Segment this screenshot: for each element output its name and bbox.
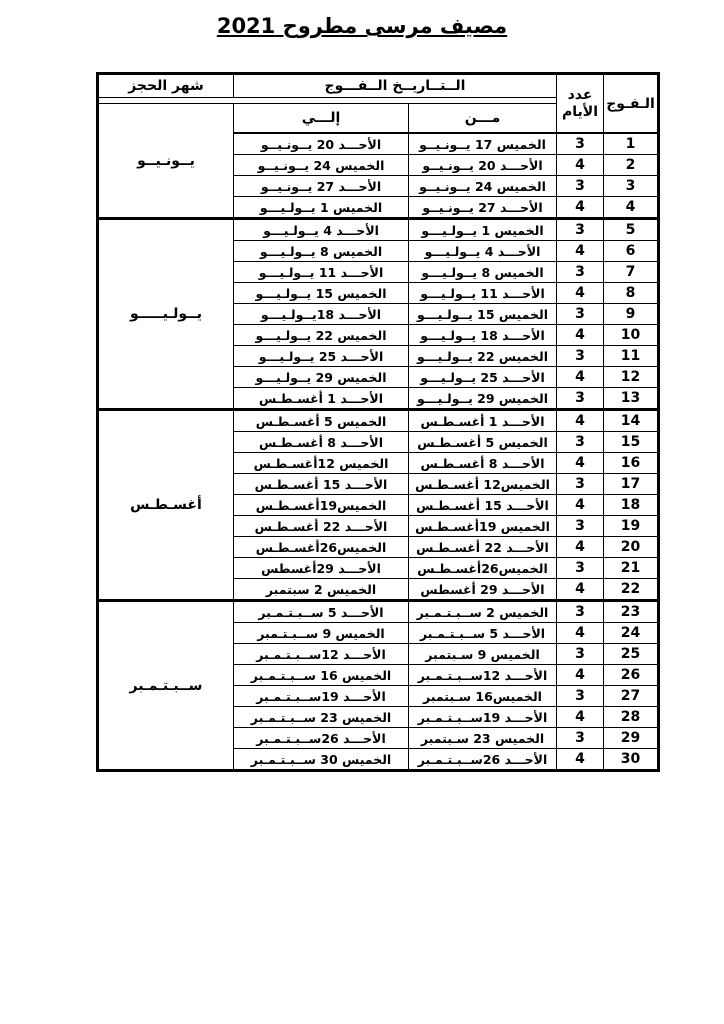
days-count-cell: 4 (557, 495, 604, 516)
date-from-cell: الخميس 19أغسـطـس (409, 516, 557, 537)
date-from-cell: الأحـــد 27 يــونـيــو (409, 197, 557, 219)
days-count-cell: 3 (557, 219, 604, 241)
date-to-cell: الأحـــد 5 ســبـتـمـبر (233, 601, 408, 623)
days-count-cell: 4 (557, 410, 604, 432)
days-count-cell: 3 (557, 304, 604, 325)
date-from-cell: الأحـــد 12ســبـتـمـبر (409, 665, 557, 686)
group-number-cell: 23 (604, 601, 659, 623)
header-date-span: الــتــاريــخ الــفـــوج (233, 74, 556, 98)
group-number-cell: 12 (604, 367, 659, 388)
group-number-cell: 4 (604, 197, 659, 219)
date-to-cell: الأحـــد 19ســبـتـمـبر (233, 686, 408, 707)
date-from-cell: الأحـــد 15 أغسـطـس (409, 495, 557, 516)
header-group: الـفـوج (604, 74, 659, 134)
table-row: 53الخميس 1 يــولـيـــوالأحـــد 4 يــولـي… (97, 219, 658, 241)
header-booking-month: شهر الحجز (97, 74, 233, 98)
date-to-cell: الأحـــد 18يــولـيـــو (233, 304, 408, 325)
date-from-cell: الأحـــد 4 يــولـيـــو (409, 241, 557, 262)
days-count-cell: 4 (557, 665, 604, 686)
days-count-cell: 3 (557, 686, 604, 707)
header-from: مـــن (409, 104, 557, 134)
date-from-cell: الأحـــد 1 أغسـطـس (409, 410, 557, 432)
group-number-cell: 15 (604, 432, 659, 453)
date-from-cell: الخميس16 سـبتمبر (409, 686, 557, 707)
date-to-cell: الخميس 9 ســبـتـمبر (233, 623, 408, 644)
group-number-cell: 19 (604, 516, 659, 537)
date-from-cell: الخميس 22 يــولـيـــو (409, 346, 557, 367)
date-to-cell: الخميس 12أغسـطـس (233, 453, 408, 474)
date-to-cell: الخميس19أغسـطـس (233, 495, 408, 516)
date-from-cell: الأحـــد 29 أغسطس (409, 579, 557, 601)
days-count-cell: 3 (557, 601, 604, 623)
group-number-cell: 20 (604, 537, 659, 558)
date-from-cell: الأحـــد 26ســبـتـمـبر (409, 749, 557, 771)
date-from-cell: الأحـــد 19ســبـتـمـبر (409, 707, 557, 728)
group-number-cell: 29 (604, 728, 659, 749)
date-to-cell: الأحـــد 27 يــونـيــو (233, 176, 408, 197)
date-from-cell: الخميس 15 يــولـيـــو (409, 304, 557, 325)
date-to-cell: الأحـــد 11 يــولـيـــو (233, 262, 408, 283)
days-count-cell: 4 (557, 155, 604, 176)
date-to-cell: الأحـــد 8 أغسـطـس (233, 432, 408, 453)
days-count-cell: 4 (557, 749, 604, 771)
date-to-cell: الخميس 30 ســبـتـمـبر (233, 749, 408, 771)
group-number-cell: 18 (604, 495, 659, 516)
date-from-cell: الخميس12 أغسـطـس (409, 474, 557, 495)
days-count-cell: 4 (557, 283, 604, 304)
date-to-cell: الخميس 24 يــونـيــو (233, 155, 408, 176)
date-from-cell: الخميس 9 سـبتمبر (409, 644, 557, 665)
group-number-cell: 10 (604, 325, 659, 346)
group-number-cell: 2 (604, 155, 659, 176)
group-number-cell: 14 (604, 410, 659, 432)
group-number-cell: 24 (604, 623, 659, 644)
date-from-cell: الخميس 17 يــونـيــو (409, 133, 557, 155)
date-from-cell: الخميس 29 يــولـيـــو (409, 388, 557, 410)
header-row-1: الـفـوج عدد الأيام الــتــاريــخ الــفــ… (97, 74, 658, 98)
days-count-cell: 4 (557, 325, 604, 346)
days-count-cell: 4 (557, 623, 604, 644)
group-number-cell: 5 (604, 219, 659, 241)
group-number-cell: 17 (604, 474, 659, 495)
date-to-cell: الخميس26أغسـطـس (233, 537, 408, 558)
days-count-cell: 4 (557, 579, 604, 601)
date-from-cell: الأحـــد 20 يــونـيــو (409, 155, 557, 176)
group-number-cell: 11 (604, 346, 659, 367)
date-to-cell: الخميس 2 سبتمبر (233, 579, 408, 601)
table-row: 144الأحـــد 1 أغسـطـسالخميس 5 أغسـطـسأغس… (97, 410, 658, 432)
group-number-cell: 8 (604, 283, 659, 304)
date-to-cell: الخميس 29 يــولـيـــو (233, 367, 408, 388)
schedule-table: الـفـوج عدد الأيام الــتــاريــخ الــفــ… (96, 72, 660, 772)
date-from-cell: الأحـــد 25 يــولـيـــو (409, 367, 557, 388)
group-number-cell: 22 (604, 579, 659, 601)
date-to-cell: الخميس 8 يــولـيـــو (233, 241, 408, 262)
month-label-3: ســبـتـمـبر (97, 601, 233, 771)
days-count-cell: 3 (557, 346, 604, 367)
month-label-1: يــولـيـــــو (97, 219, 233, 410)
date-to-cell: الخميس 16 ســبـتـمـبر (233, 665, 408, 686)
group-number-cell: 25 (604, 644, 659, 665)
month-label-0: يــونـيــو (97, 104, 233, 219)
days-count-cell: 3 (557, 432, 604, 453)
date-to-cell: الأحـــد 4 يــولـيـــو (233, 219, 408, 241)
date-from-cell: الأحـــد 22 أغسـطـس (409, 537, 557, 558)
group-number-cell: 16 (604, 453, 659, 474)
date-from-cell: الخميس 24 يــونـيــو (409, 176, 557, 197)
group-number-cell: 26 (604, 665, 659, 686)
days-count-cell: 3 (557, 644, 604, 665)
date-to-cell: الأحـــد 25 يــولـيـــو (233, 346, 408, 367)
days-count-cell: 4 (557, 241, 604, 262)
days-count-cell: 3 (557, 474, 604, 495)
date-from-cell: الأحـــد 8 أغسـطـس (409, 453, 557, 474)
group-number-cell: 13 (604, 388, 659, 410)
days-count-cell: 4 (557, 367, 604, 388)
days-count-cell: 4 (557, 453, 604, 474)
date-from-cell: الخميس 2 ســبـتـمـبر (409, 601, 557, 623)
group-number-cell: 21 (604, 558, 659, 579)
group-number-cell: 27 (604, 686, 659, 707)
header-to: إلـــي (233, 104, 408, 134)
date-to-cell: الأحـــد 26ســبـتـمـبر (233, 728, 408, 749)
month-label-2: أغسـطـس (97, 410, 233, 601)
date-to-cell: الخميس 1 يــولـيـــو (233, 197, 408, 219)
date-to-cell: الخميس 5 أغسـطـس (233, 410, 408, 432)
date-from-cell: الأحـــد 11 يــولـيـــو (409, 283, 557, 304)
days-count-cell: 4 (557, 197, 604, 219)
date-from-cell: الخميس 23 سـبتمبر (409, 728, 557, 749)
group-number-cell: 3 (604, 176, 659, 197)
date-from-cell: الأحـــد 5 ســبـتـمـبر (409, 623, 557, 644)
date-from-cell: الأحـــد 18 يــولـيـــو (409, 325, 557, 346)
date-from-cell: الخميس 1 يــولـيـــو (409, 219, 557, 241)
date-to-cell: الخميس 15 يــولـيـــو (233, 283, 408, 304)
group-number-cell: 7 (604, 262, 659, 283)
group-number-cell: 6 (604, 241, 659, 262)
date-from-cell: الخميس 8 يــولـيـــو (409, 262, 557, 283)
date-to-cell: الأحـــد 15 أغسـطـس (233, 474, 408, 495)
date-to-cell: الخميس 22 يــولـيـــو (233, 325, 408, 346)
table-row: 233الخميس 2 ســبـتـمـبرالأحـــد 5 ســبـت… (97, 601, 658, 623)
days-count-cell: 4 (557, 707, 604, 728)
page-title: مصيف مرسى مطروح 2021 (0, 14, 724, 38)
group-number-cell: 9 (604, 304, 659, 325)
days-count-cell: 3 (557, 176, 604, 197)
date-from-cell: الخميس26أغسـطـس (409, 558, 557, 579)
days-count-cell: 3 (557, 516, 604, 537)
days-count-cell: 3 (557, 558, 604, 579)
date-to-cell: الأحـــد 20 يــونـيــو (233, 133, 408, 155)
date-to-cell: الأحـــد 29أغسطس (233, 558, 408, 579)
days-count-cell: 4 (557, 537, 604, 558)
days-count-cell: 3 (557, 728, 604, 749)
date-to-cell: الخميس 23 ســبـتـمـبر (233, 707, 408, 728)
date-from-cell: الخميس 5 أغسـطـس (409, 432, 557, 453)
days-count-cell: 3 (557, 262, 604, 283)
days-count-cell: 3 (557, 388, 604, 410)
group-number-cell: 28 (604, 707, 659, 728)
group-number-cell: 30 (604, 749, 659, 771)
date-to-cell: الأحـــد 22 أغسـطـس (233, 516, 408, 537)
header-days: عدد الأيام (557, 74, 604, 134)
date-to-cell: الأحـــد 1 أغسـطـس (233, 388, 408, 410)
days-count-cell: 3 (557, 133, 604, 155)
date-to-cell: الأحـــد 12ســبـتـمـبر (233, 644, 408, 665)
group-number-cell: 1 (604, 133, 659, 155)
